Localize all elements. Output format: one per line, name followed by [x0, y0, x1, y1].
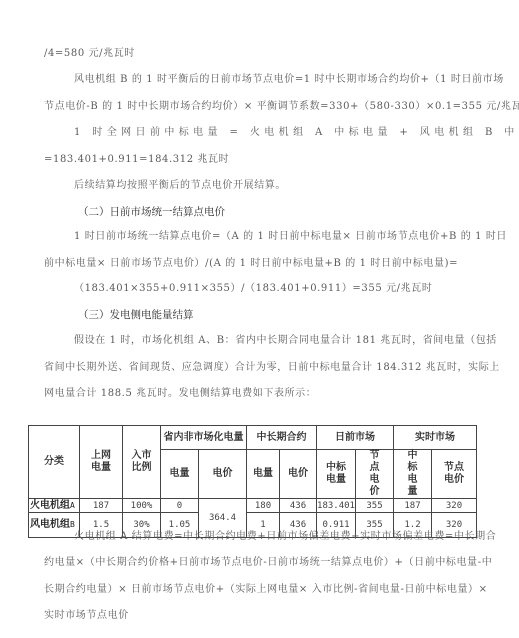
cell-rt-cleared: 187: [394, 499, 432, 513]
header-category: 分类: [29, 426, 80, 499]
table-row: 火电机组A 187 100% 0 364.4 180 436 183.401 3…: [29, 499, 477, 513]
section-heading: （二）日前市场统一结算点电价: [78, 205, 225, 219]
header-grid-energy: 上网电量: [80, 426, 123, 499]
header-day-ahead: 日前市场: [317, 426, 394, 450]
paragraph-line: 1 时全网日前中标电量 = 火电机组 A 中标电量 + 风电机组 B 中标电量: [74, 126, 519, 140]
cell-market-ratio: 100%: [123, 499, 161, 513]
paragraph-line: （183.401×355+0.911×355）/（183.401+0.911）=…: [74, 282, 432, 296]
unit-name: 风电机组: [30, 519, 70, 530]
subheader-ml-energy: 电量: [247, 450, 280, 499]
cell-da-node: 355: [356, 499, 394, 513]
section-heading: （三）发电侧电能量结算: [78, 308, 194, 322]
header-mid-long: 中长期合约: [247, 426, 317, 450]
paragraph-line: 假设在 1 时，市场化机组 A、B：省内中长期合同电量合计 181 兆瓦时，省间…: [74, 334, 497, 348]
paragraph-line: /4=580 元/兆瓦时: [44, 47, 135, 61]
subheader-rt-cleared: 中标电量: [394, 450, 432, 499]
settlement-table: 分类 上网电量 入市比例 省内非市场化电量 中长期合约 日前市场 实时市场 电量…: [28, 425, 477, 538]
paragraph-line: 节点电价-B 的 1 时中长期市场合约均价）× 平衡调节系数=330+（580-…: [44, 100, 519, 114]
subheader-rt-node: 节点电价: [432, 450, 477, 499]
cell-da-cleared: 183.401: [317, 499, 356, 513]
cell-rt-node: 320: [432, 499, 477, 513]
header-real-time: 实时市场: [394, 426, 477, 450]
cell-ml-price: 436: [280, 499, 317, 513]
subheader-nm-price: 电价: [199, 450, 247, 499]
paragraph-line: =183.401+0.911=184.312 兆瓦时: [44, 153, 229, 167]
unit-tag: A: [70, 501, 75, 510]
row-label: 风电机组B: [29, 513, 80, 538]
unit-name: 火电机组: [30, 500, 70, 511]
paragraph-line: 网电量合计 188.5 兆瓦时。发电侧结算电费如下表所示：: [44, 387, 316, 401]
paragraph-line: 实时市场节点电价: [44, 609, 129, 623]
header-market-ratio: 入市比例: [123, 426, 161, 499]
paragraph-line: 省间中长期外送、省间现货、应急调度）合计为零，日前中标电量合计 184.312 …: [44, 361, 500, 375]
paragraph-line: 风电机组 B 的 1 时平衡后的日前市场节点电价=1 时中长期市场合约均价+（1…: [74, 73, 504, 87]
row-label: 火电机组A: [29, 499, 80, 513]
cell-ml-energy: 180: [247, 499, 280, 513]
unit-tag: B: [70, 520, 75, 529]
subheader-ml-price: 电价: [280, 450, 317, 499]
cell-nm-energy: 0: [161, 499, 199, 513]
paragraph-line: 长期合约电量）× 日前市场节点电价+（实际上网电量× 入市比例-省间电量-日前中…: [44, 583, 488, 597]
cell-grid-energy: 187: [80, 499, 123, 513]
subheader-nm-energy: 电量: [161, 450, 199, 499]
subheader-da-cleared: 中标电量: [317, 450, 356, 499]
paragraph-line: 前中标电量× 日前市场节点电价）/(A 的 1 时日前中标电量+B 的 1 时日…: [44, 257, 458, 271]
header-non-market: 省内非市场化电量: [161, 426, 247, 450]
paragraph-line: 1 时日前市场统一结算点电价=（A 的 1 时日前中标电量× 日前市场节点电价+…: [74, 230, 507, 244]
subheader-da-node: 节点电价: [356, 450, 394, 499]
paragraph-line: 约电量×（中长期合约价格+日前市场节点电价-日前市场统一结算点电价）+（日前中标…: [44, 556, 492, 570]
paragraph-line: 后续结算均按照平衡后的节点电价开展结算。: [74, 179, 286, 193]
paragraph-line: 火电机组 A 结算电费=中长期合约电费+日前市场偏差电费+实时市场偏差电费=中长…: [74, 530, 496, 544]
